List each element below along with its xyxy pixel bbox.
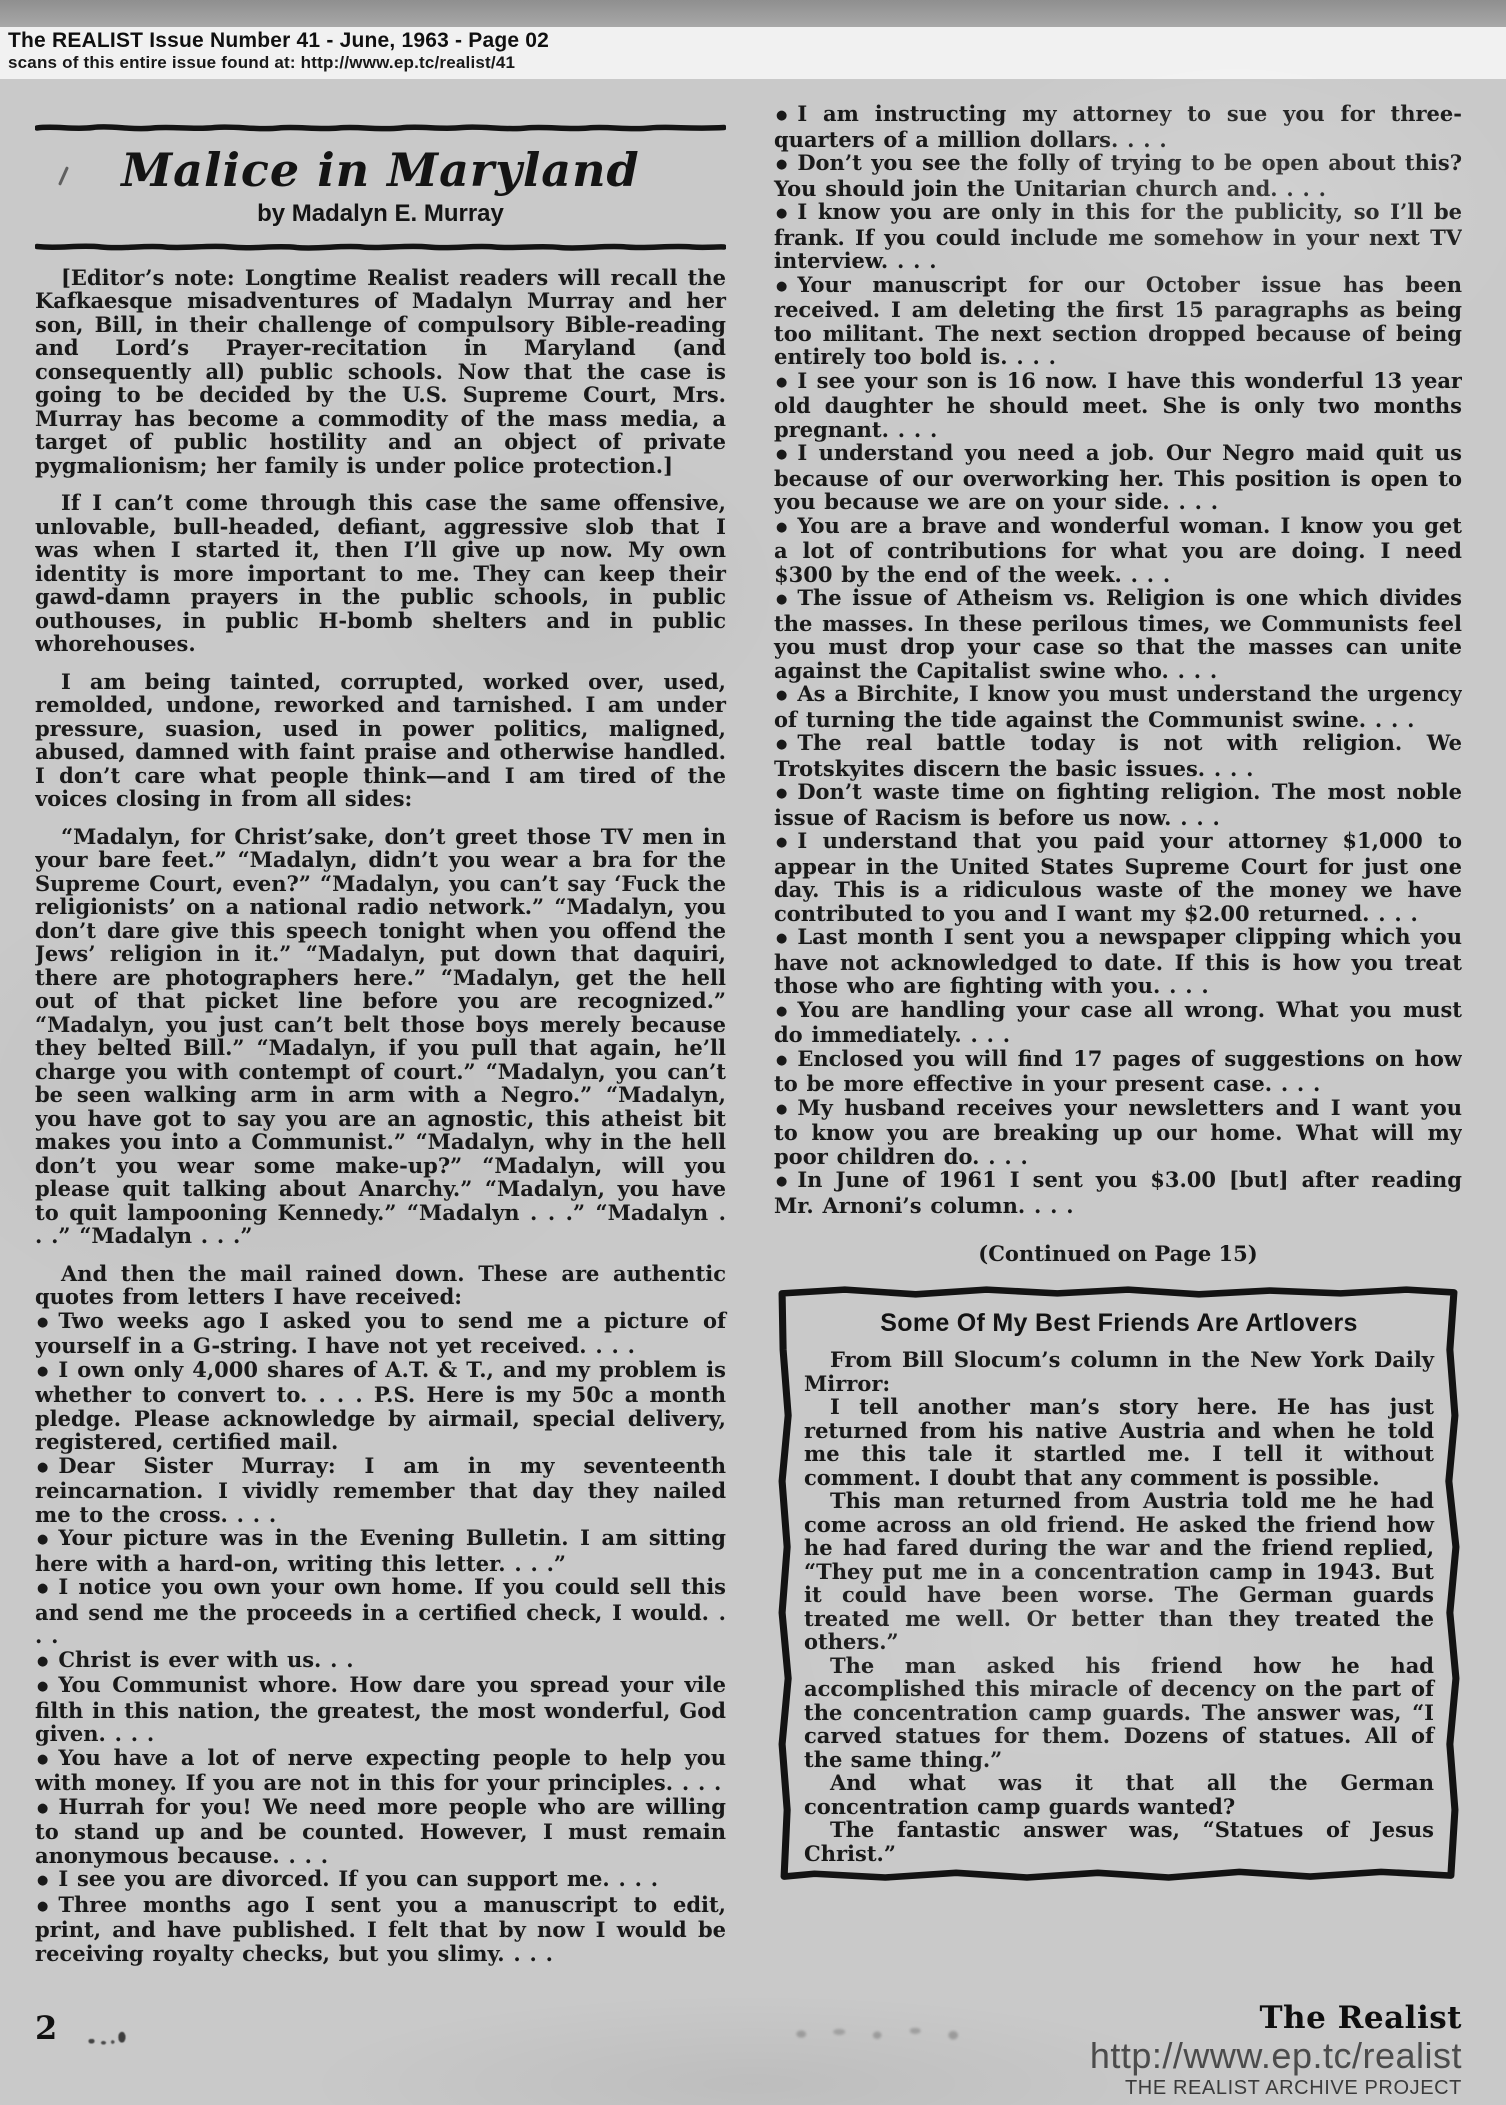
editors-note: [Editor’s note: Longtime Realist readers… xyxy=(35,266,726,478)
letter-quote-text: As a Birchite, I know you must understan… xyxy=(774,681,1462,732)
paragraph: I am being tainted, corrupted, worked ov… xyxy=(35,670,726,811)
article-title: Malice in Maryland xyxy=(35,145,726,197)
bullet-icon: ● xyxy=(37,1360,48,1384)
letter-quote-item: ●I understand you need a job. Our Negro … xyxy=(774,441,1462,514)
letter-quote-item: ●My husband receives your newsletters an… xyxy=(774,1096,1462,1169)
issue-header-line: The REALIST Issue Number 41 - June, 1963… xyxy=(8,29,1506,53)
letter-quote-item: ●In June of 1961 I sent you $3.00 [but] … xyxy=(774,1168,1462,1217)
print-smudge xyxy=(786,2022,976,2044)
letter-quote-text: I see you are divorced. If you can suppo… xyxy=(58,1866,658,1891)
bullet-icon: ● xyxy=(37,1869,48,1893)
right-column: ●I am instructing my attorney to sue you… xyxy=(774,96,1462,2105)
letter-quote-text: Don’t you see the folly of trying to be … xyxy=(774,150,1462,201)
left-column: Malice in Maryland by Madalyn E. Murray … xyxy=(35,96,726,2105)
bullet-icon: ● xyxy=(37,1456,48,1480)
letter-quote-text: Hurrah for you! We need more people who … xyxy=(35,1794,726,1868)
letter-quote-text: You Communist whore. How dare you spread… xyxy=(35,1672,726,1746)
letter-quote-item: ●You are handling your case all wrong. W… xyxy=(774,998,1462,1047)
letter-quote-text: My husband receives your newsletters and… xyxy=(774,1095,1462,1169)
bullet-icon: ● xyxy=(776,371,787,395)
scan-source-line: scans of this entire issue found at: htt… xyxy=(8,53,1506,73)
letter-quote-item: ●You have a lot of nerve expecting peopl… xyxy=(35,1746,726,1795)
bullet-icon: ● xyxy=(37,1797,48,1821)
archive-header: The REALIST Issue Number 41 - June, 1963… xyxy=(0,27,1506,79)
letter-quote-text: In June of 1961 I sent you $3.00 [but] a… xyxy=(774,1167,1462,1218)
letter-quote-item: ●I understand that you paid your attorne… xyxy=(774,829,1462,925)
scan-edge-strip xyxy=(0,0,1506,27)
bullet-icon: ● xyxy=(776,1098,787,1122)
letter-quotes-right: ●I am instructing my attorney to sue you… xyxy=(774,102,1462,1217)
letter-quote-item: ●Don’t you see the folly of trying to be… xyxy=(774,151,1462,200)
bullet-icon: ● xyxy=(776,927,787,951)
letter-quote-text: I see your son is 16 now. I have this wo… xyxy=(774,368,1462,442)
letter-quote-text: Last month I sent you a newspaper clippi… xyxy=(774,924,1462,998)
letter-quote-text: I own only 4,000 shares of A.T. & T., an… xyxy=(35,1357,726,1455)
bullet-icon: ● xyxy=(776,443,787,467)
letter-quotes-left: ●Two weeks ago I asked you to send me a … xyxy=(35,1309,726,1966)
bullet-icon: ● xyxy=(37,1748,48,1772)
letter-quote-text: Your manuscript for our October issue ha… xyxy=(774,272,1462,370)
bullet-icon: ● xyxy=(776,1170,787,1194)
letter-quote-item: ●Your manuscript for our October issue h… xyxy=(774,273,1462,369)
bullet-icon: ● xyxy=(776,782,787,806)
letter-quote-text: Don’t waste time on fighting religion. T… xyxy=(774,779,1462,830)
bullet-icon: ● xyxy=(776,684,787,708)
bullet-icon: ● xyxy=(776,516,787,540)
letter-quote-item: ●I see your son is 16 now. I have this w… xyxy=(774,369,1462,442)
bullet-icon: ● xyxy=(776,588,787,612)
letter-quote-text: Dear Sister Murray: I am in my seventeen… xyxy=(35,1453,726,1527)
bullet-icon: ● xyxy=(37,1895,48,1919)
letter-quote-item: ●Enclosed you will find 17 pages of sugg… xyxy=(774,1047,1462,1096)
magazine-logo: The Realist xyxy=(1090,2001,1462,2037)
letter-quote-item: ●Christ is ever with us. . . xyxy=(35,1648,726,1674)
sidebar-box-border xyxy=(774,1284,1462,1885)
letter-quote-item: ●I own only 4,000 shares of A.T. & T., a… xyxy=(35,1358,726,1454)
letter-quote-text: You are a brave and wonderful woman. I k… xyxy=(774,513,1462,587)
paragraph: If I can’t come through this case the sa… xyxy=(35,491,726,656)
letter-quote-item: ●Three months ago I sent you a manuscrip… xyxy=(35,1893,726,1966)
letter-quote-item: ●Last month I sent you a newspaper clipp… xyxy=(774,925,1462,998)
letter-quote-item: ●I see you are divorced. If you can supp… xyxy=(35,1867,726,1893)
letter-quote-item: ●You are a brave and wonderful woman. I … xyxy=(774,514,1462,587)
letter-quote-text: I know you are only in this for the publ… xyxy=(774,199,1462,273)
letter-quote-text: Three months ago I sent you a manuscript… xyxy=(35,1892,726,1966)
bullet-icon: ● xyxy=(776,202,787,226)
magazine-page: Malice in Maryland by Madalyn E. Murray … xyxy=(35,96,1462,2105)
letter-quote-text: I am instructing my attorney to sue you … xyxy=(774,101,1462,152)
letter-quote-item: ●I am instructing my attorney to sue you… xyxy=(774,102,1462,151)
bullet-icon: ● xyxy=(37,1650,48,1674)
bullet-icon: ● xyxy=(776,104,787,128)
paragraph: “Madalyn, for Christ’sake, don’t greet t… xyxy=(35,825,726,1248)
letter-quote-text: Your picture was in the Evening Bulletin… xyxy=(35,1525,726,1576)
letter-quote-item: ●The issue of Atheism vs. Religion is on… xyxy=(774,586,1462,682)
letter-quote-text: Enclosed you will find 17 pages of sugge… xyxy=(774,1046,1462,1097)
letter-quote-text: Two weeks ago I asked you to send me a p… xyxy=(35,1308,726,1359)
letter-quote-item: ●Hurrah for you! We need more people who… xyxy=(35,1795,726,1868)
bullet-icon: ● xyxy=(776,153,787,177)
archive-project-label: THE REALIST ARCHIVE PROJECT xyxy=(1090,2076,1462,2101)
letter-quote-text: I understand that you paid your attorney… xyxy=(774,828,1462,926)
letter-quote-item: ●Dear Sister Murray: I am in my seventee… xyxy=(35,1454,726,1527)
headline-block: Malice in Maryland by Madalyn E. Murray xyxy=(35,122,726,252)
letter-quote-text: The real battle today is not with religi… xyxy=(774,730,1462,781)
headline-rule-top xyxy=(35,122,726,133)
archive-footer: The Realist http://www.ep.tc/realist THE… xyxy=(1090,2001,1462,2101)
bullet-icon: ● xyxy=(776,275,787,299)
ink-smudge xyxy=(86,2030,132,2046)
bullet-icon: ● xyxy=(37,1675,48,1699)
letter-quote-item: ●Two weeks ago I asked you to send me a … xyxy=(35,1309,726,1358)
letter-quote-item: ●Your picture was in the Evening Bulleti… xyxy=(35,1526,726,1575)
sidebar-box: Some Of My Best Friends Are Artlovers Fr… xyxy=(774,1284,1462,1885)
bullet-icon: ● xyxy=(776,733,787,757)
letter-quote-item: ●The real battle today is not with relig… xyxy=(774,731,1462,780)
mail-intro: And then the mail rained down. These are… xyxy=(35,1262,726,1309)
headline-rule-bottom xyxy=(35,241,726,252)
bullet-icon: ● xyxy=(776,831,787,855)
page-number: 2 xyxy=(35,2012,57,2044)
letter-quote-item: ●I know you are only in this for the pub… xyxy=(774,200,1462,273)
article-byline: by Madalyn E. Murray xyxy=(35,201,726,227)
letter-quote-item: ●I notice you own your own home. If you … xyxy=(35,1575,726,1648)
letter-quote-text: Christ is ever with us. . . xyxy=(58,1647,353,1672)
bullet-icon: ● xyxy=(37,1311,48,1335)
letter-quote-text: I notice you own your own home. If you c… xyxy=(35,1574,726,1648)
letter-quote-item: ●You Communist whore. How dare you sprea… xyxy=(35,1673,726,1746)
letter-quote-item: ●Don’t waste time on fighting religion. … xyxy=(774,780,1462,829)
bullet-icon: ● xyxy=(776,1049,787,1073)
letter-quote-text: I understand you need a job. Our Negro m… xyxy=(774,440,1462,514)
letter-quote-text: You have a lot of nerve expecting people… xyxy=(35,1745,726,1796)
bullet-icon: ● xyxy=(37,1528,48,1552)
bullet-icon: ● xyxy=(37,1577,48,1601)
continued-notice: (Continued on Page 15) xyxy=(774,1241,1462,1266)
bullet-icon: ● xyxy=(776,1000,787,1024)
letter-quote-text: The issue of Atheism vs. Religion is one… xyxy=(774,585,1462,683)
article-paragraphs: If I can’t come through this case the sa… xyxy=(35,491,726,1248)
archive-url: http://www.ep.tc/realist xyxy=(1090,2037,1462,2076)
letter-quote-item: ●As a Birchite, I know you must understa… xyxy=(774,682,1462,731)
letter-quote-text: You are handling your case all wrong. Wh… xyxy=(774,997,1462,1048)
